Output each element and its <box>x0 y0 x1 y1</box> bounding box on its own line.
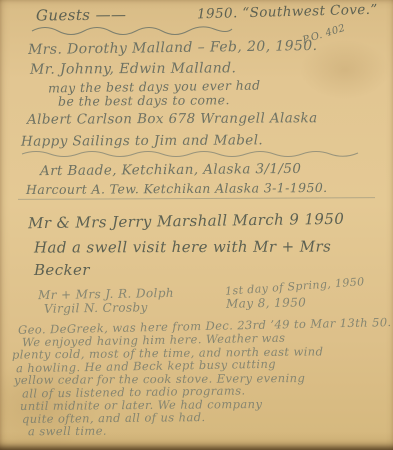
po-box-note: P.O. 402 <box>301 23 346 46</box>
paragraph-line: a swell time. <box>28 424 107 439</box>
entry-date: 1st day of Spring, 1950 <box>225 275 365 298</box>
divider-line <box>18 197 375 200</box>
guestbook-page: Guests —— 1950. “Southwest Cove.” Mrs. D… <box>0 0 393 450</box>
guest-entry-line: Albert Carlson Box 678 Wrangell Alaska <box>27 110 318 128</box>
wavy-underline <box>30 24 235 36</box>
guest-entry-line: Had a swell visit here with Mr + Mrs <box>34 237 331 256</box>
guest-entry-line: Happy Sailings to Jim and Mabel. <box>21 132 263 149</box>
guest-entry-line: Harcourt A. Tew. Ketchikan Alaska 3-1-19… <box>26 180 328 197</box>
page-title: Guests —— <box>36 6 126 25</box>
guest-entry-line: Mr & Mrs Jerry Marshall March 9 1950 <box>28 210 344 232</box>
guest-entry-line: Mrs. Dorothy Malland – Feb, 20, 1950. <box>28 38 318 58</box>
page-subtitle: 1950. “Southwest Cove.” <box>197 2 378 23</box>
guest-entry-line: Mr. Johnny, Edwin Malland. <box>30 60 236 77</box>
guest-entry-line: Art Baade, Ketchikan, Alaska 3/1/50 <box>40 161 302 179</box>
guest-entry-line: Virgil N. Crosby <box>44 300 148 315</box>
guest-entry-line: Mr + Mrs J. R. Dolph <box>38 286 174 302</box>
guest-entry-line: be the best days to come. <box>58 92 230 108</box>
wavy-underline <box>20 149 368 159</box>
guest-entry-line: Becker <box>34 261 90 279</box>
entry-date: May 8, 1950 <box>226 295 306 310</box>
